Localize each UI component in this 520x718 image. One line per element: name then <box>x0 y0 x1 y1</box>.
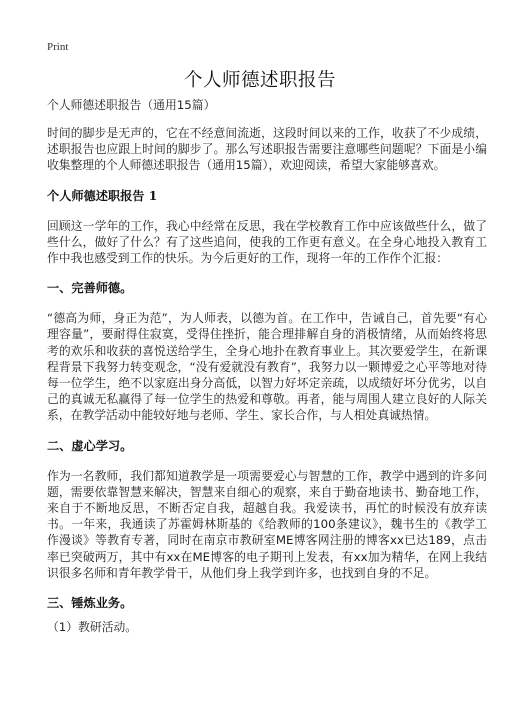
section-paragraph-learning: 作为一名教师，我们都知道教学是一项需要爱心与智慧的工作，教学中遇到的许多问题，需… <box>47 468 487 581</box>
document-subtitle: 个人师德述职报告（通用15篇） <box>47 97 487 113</box>
article-opening-paragraph: 回顾这一学年的工作，我心中经常在反思，我在学校教育工作中应该做些什么，做了些什么… <box>47 218 487 267</box>
section-heading-ethics: 一、完善师德。 <box>47 280 487 296</box>
article-heading: 个人师德述职报告 1 <box>47 188 487 204</box>
section-heading-learning: 二、虚心学习。 <box>47 438 487 454</box>
print-label: Print <box>47 41 68 53</box>
section-paragraph-ethics: “德高为师，身正为范”，为人师表，以德为首。在工作中，告诫自己，首先要“有心理容… <box>47 310 487 423</box>
section-heading-skills: 三、锤炼业务。 <box>47 595 487 611</box>
document-title: 个人师德述职报告 <box>0 66 520 92</box>
document-body: 个人师德述职报告（通用15篇） 时间的脚步是无声的，它在不经意间流逝，这段时间以… <box>47 97 487 635</box>
intro-paragraph: 时间的脚步是无声的，它在不经意间流逝，这段时间以来的工作，收获了不少成绩，述职报… <box>47 125 487 174</box>
section-item-research: （1）教研活动。 <box>47 619 487 635</box>
